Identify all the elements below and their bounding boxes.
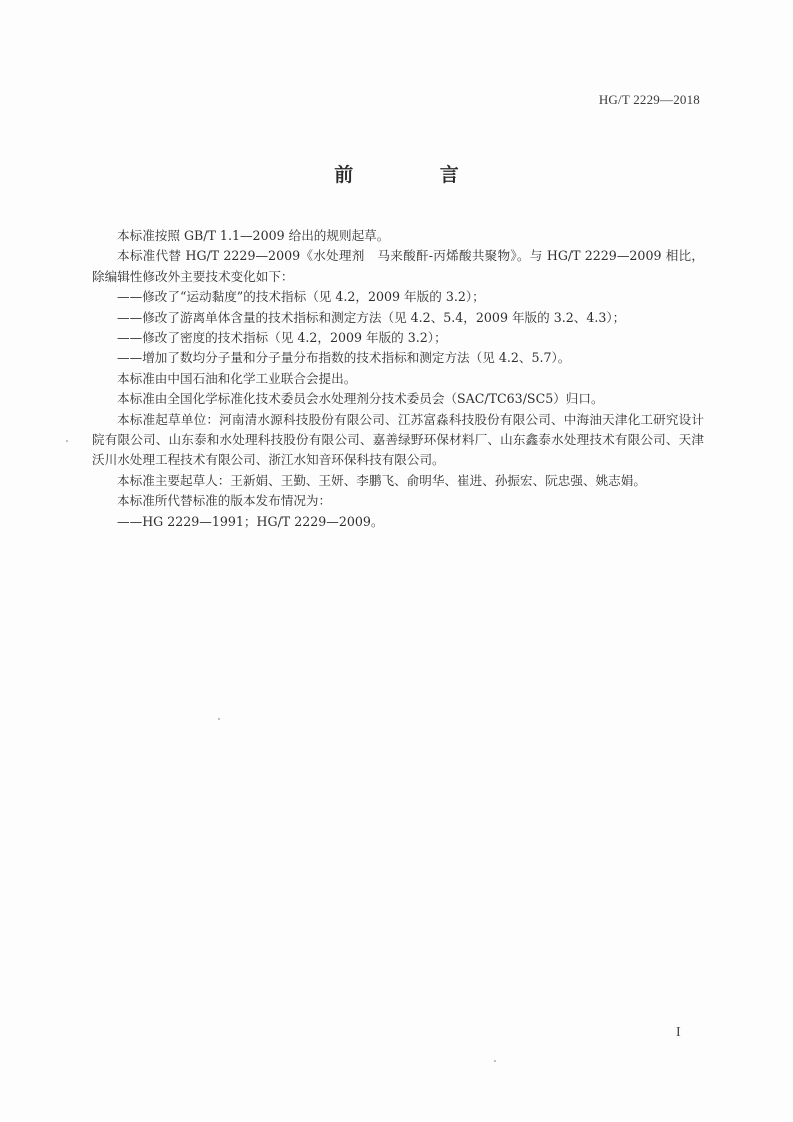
previous-editions-list: ——HG 2229—1991；HG/T 2229—2009。 [92, 512, 704, 532]
change-item-density: ——修改了密度的技术指标（见 4.2，2009 年版的 3.2）； [92, 328, 704, 348]
page-number: I [676, 1025, 681, 1041]
change-item-viscosity: ——修改了“运动黏度”的技术指标（见 4.2，2009 年版的 3.2）； [92, 287, 704, 307]
standard-code-header: HG/T 2229—2018 [599, 92, 700, 108]
scan-speck [218, 718, 220, 720]
paragraph-drafters: 本标准主要起草人：王新娟、王勤、王妍、李鹏飞、俞明华、崔进、孙振宏、阮忠强、姚志… [92, 471, 704, 491]
scan-speck [66, 440, 68, 442]
paragraph-previous-editions: 本标准所代替标准的版本发布情况为： [92, 491, 704, 511]
paragraph-administered-by: 本标准由全国化学标准化技术委员会水处理剂分技术委员会（SAC/TC63/SC5）… [92, 389, 704, 409]
paragraph-drafting-units: 本标准起草单位：河南清水源科技股份有限公司、江苏富淼科技股份有限公司、中海油天津… [92, 410, 704, 471]
paragraph-replacement: 本标准代替 HG/T 2229—2009《水处理剂 马来酸酐-丙烯酸共聚物》。与… [92, 246, 704, 287]
foreword-body: 本标准按照 GB/T 1.1—2009 给出的规则起草。 本标准代替 HG/T … [92, 226, 704, 532]
change-item-free-monomer: ——修改了游离单体含量的技术指标和测定方法（见 4.2、5.4，2009 年版的… [92, 308, 704, 328]
page-title: 前 言 [0, 160, 793, 187]
scan-speck [494, 1060, 496, 1062]
paragraph-proposed-by: 本标准由中国石油和化学工业联合会提出。 [92, 369, 704, 389]
paragraph-drafting-rules: 本标准按照 GB/T 1.1—2009 给出的规则起草。 [92, 226, 704, 246]
change-item-molecular-weight: ——增加了数均分子量和分子量分布指数的技术指标和测定方法（见 4.2、5.7）。 [92, 348, 704, 368]
